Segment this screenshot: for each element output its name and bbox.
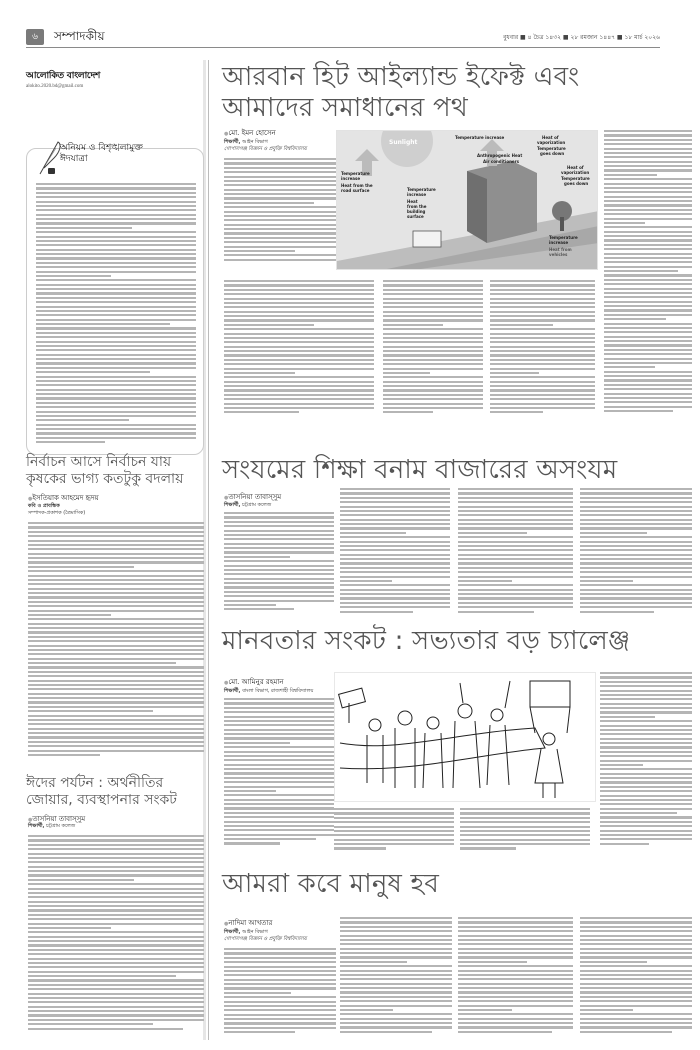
- text-line: [224, 733, 334, 735]
- text-line: [458, 497, 573, 499]
- text-line: [580, 554, 692, 556]
- text-line: [383, 280, 483, 282]
- main-article-4-col2: [340, 917, 452, 1037]
- text-line: [224, 759, 334, 761]
- text-line: [28, 993, 204, 995]
- text-line: [334, 826, 454, 828]
- text-line: [28, 596, 204, 598]
- text-line: [604, 183, 692, 185]
- text-line: [224, 812, 334, 814]
- urban-heat-diagram: Sunlight Temperature increase Temperatur…: [337, 131, 598, 270]
- text-line: [490, 280, 595, 282]
- text-line: [604, 204, 692, 206]
- text-line: [604, 349, 692, 351]
- text-line: [340, 549, 450, 551]
- text-line: [604, 134, 692, 136]
- text-line: [28, 844, 204, 846]
- text-line: [458, 1022, 573, 1024]
- text-line: [28, 623, 204, 625]
- text-line: [580, 545, 692, 547]
- text-line: [28, 931, 204, 933]
- text-line: [28, 675, 204, 677]
- text-line: [458, 536, 573, 538]
- text-line: [580, 974, 692, 976]
- text-line: [28, 715, 204, 717]
- text-line: [383, 403, 483, 405]
- text-line: [224, 591, 334, 593]
- text-line: [36, 415, 196, 417]
- text-line: [604, 336, 692, 338]
- text-line: [224, 983, 336, 985]
- text-line: [224, 604, 276, 606]
- text-line: [28, 1014, 204, 1016]
- text-line: [383, 315, 483, 317]
- text-line: [340, 523, 450, 525]
- text-line: [383, 293, 483, 295]
- text-line: [340, 558, 450, 560]
- text-line: [28, 610, 204, 612]
- text-line: [604, 209, 692, 211]
- text-line: [224, 794, 334, 796]
- text-line: [458, 584, 573, 586]
- text-line: [340, 991, 452, 993]
- text-line: [340, 1009, 393, 1011]
- text-line: [28, 741, 204, 743]
- text-line: [340, 562, 450, 564]
- text-line: [490, 376, 595, 378]
- text-line: [604, 218, 692, 220]
- text-line: [28, 526, 204, 528]
- text-line: [490, 311, 595, 313]
- text-line: [600, 720, 692, 722]
- text-line: [224, 512, 334, 514]
- text-line: [580, 514, 692, 516]
- text-line: [224, 289, 374, 291]
- column-divider: [208, 60, 209, 1040]
- text-line: [490, 363, 595, 365]
- text-line: [36, 314, 196, 316]
- text-line: [224, 385, 374, 387]
- text-line: [224, 394, 374, 396]
- main-article-3-col3: [460, 808, 590, 853]
- text-line: [600, 790, 692, 792]
- left-article-2-headline[interactable]: ঈদের পর্যটন : অর্থনীতির জোয়ার, ব্যবস্থা…: [26, 775, 206, 809]
- text-line: [340, 584, 450, 586]
- text-line: [458, 1026, 573, 1028]
- text-line: [604, 283, 692, 285]
- text-line: [580, 1013, 692, 1015]
- text-line: [224, 398, 374, 400]
- text-line: [28, 649, 204, 651]
- text-line: [604, 353, 692, 355]
- text-line: [334, 821, 454, 823]
- text-line: [604, 401, 692, 403]
- text-line: [340, 571, 450, 573]
- text-line: [340, 1018, 452, 1020]
- text-line: [383, 411, 433, 413]
- text-line: [383, 341, 483, 343]
- text-line: [36, 297, 196, 299]
- text-line: [340, 541, 450, 543]
- text-line: [600, 746, 692, 748]
- text-line: [224, 702, 334, 704]
- text-line: [490, 315, 595, 317]
- text-line: [383, 381, 483, 383]
- main-article-2-col3: [458, 488, 573, 618]
- text-line: [36, 354, 196, 356]
- svg-text:Anthropogenic Heat: Anthropogenic Heat: [477, 153, 522, 158]
- text-line: [600, 838, 692, 840]
- text-line: [490, 403, 595, 405]
- text-line: [36, 196, 196, 198]
- text-line: [460, 817, 590, 819]
- text-line: [28, 693, 204, 695]
- text-line: [580, 536, 692, 538]
- main-article-4-headline[interactable]: আমরা কবে মানুষ হব: [222, 869, 692, 900]
- text-line: [36, 406, 196, 408]
- text-line: [600, 738, 692, 740]
- author-affiliation: গোপালগঞ্জ বিজ্ঞান ও প্রযুক্তি বিশ্ববিদ্য…: [224, 146, 307, 153]
- text-line: [334, 808, 454, 810]
- text-line: [36, 397, 196, 399]
- text-line: [600, 681, 692, 683]
- text-line: [460, 847, 516, 849]
- text-line: [224, 389, 374, 391]
- main-article-2-headline[interactable]: সংযমের শিক্ষা বনাম বাজারের অসংযম: [222, 455, 692, 486]
- text-line: [224, 790, 276, 792]
- text-line: [36, 345, 196, 347]
- main-article-1-headline[interactable]: আরবান হিট আইল্যান্ড ইফেক্ট এবং আমাদের সম…: [222, 62, 692, 124]
- text-line: [224, 764, 334, 766]
- text-line: [340, 527, 450, 529]
- text-line: [224, 952, 336, 954]
- text-line: [36, 389, 196, 391]
- main-article-1-col4: [604, 130, 692, 420]
- text-line: [604, 327, 692, 329]
- text-line: [580, 991, 692, 993]
- text-line: [580, 606, 692, 608]
- text-line: [28, 658, 204, 660]
- text-line: [458, 926, 573, 928]
- text-line: [224, 250, 295, 252]
- main-article-3-headline[interactable]: মানবতার সংকট : সভ্যতার বড় চ্যালেঞ্জ: [222, 626, 692, 657]
- text-line: [604, 174, 657, 176]
- text-line: [458, 1013, 573, 1015]
- text-line: [28, 557, 204, 559]
- text-line: [224, 341, 374, 343]
- text-line: [224, 724, 334, 726]
- text-line: [224, 1022, 336, 1024]
- text-line: [224, 534, 334, 536]
- text-line: [458, 549, 573, 551]
- main-article-4-col3: [458, 917, 573, 1037]
- text-line: [458, 558, 573, 560]
- text-line: [224, 565, 334, 567]
- text-line: [604, 200, 692, 202]
- text-line: [383, 306, 483, 308]
- text-line: [28, 839, 204, 841]
- protesters-banner-drawing: [335, 673, 596, 802]
- text-line: [490, 337, 595, 339]
- text-line: [600, 685, 692, 687]
- text-line: [600, 795, 692, 797]
- text-line: [340, 488, 450, 490]
- text-line: [580, 965, 692, 967]
- text-line: [604, 366, 655, 368]
- text-line: [600, 834, 692, 836]
- text-line: [600, 755, 692, 757]
- text-line: [383, 328, 483, 330]
- text-line: [580, 943, 692, 945]
- author-role: কবি ও প্রাবন্ধিক: [28, 503, 60, 510]
- text-line: [458, 519, 573, 521]
- text-line: [490, 350, 595, 352]
- text-line: [340, 1026, 452, 1028]
- text-line: [36, 262, 196, 264]
- text-line: [604, 165, 692, 167]
- text-line: [604, 410, 673, 412]
- text-line: [224, 781, 334, 783]
- text-line: [580, 580, 633, 582]
- text-line: [224, 403, 374, 405]
- text-line: [580, 488, 692, 490]
- main-article-1-col3: [490, 280, 595, 420]
- text-line: [224, 573, 334, 575]
- text-line: [604, 266, 692, 268]
- text-line: [604, 292, 692, 294]
- newspaper-logo: আলোকিত বাংলাদেশ: [26, 68, 100, 83]
- editorial-title-line1: অনিয়ম ও বিশৃঙ্খলামুক্ত: [60, 143, 143, 154]
- text-line: [28, 640, 204, 642]
- text-line: [580, 926, 692, 928]
- text-line: [36, 319, 196, 321]
- text-line: [604, 191, 692, 193]
- text-line: [224, 547, 334, 549]
- text-line: [28, 627, 204, 629]
- main-article-2-col1: [224, 512, 334, 617]
- text-line: [580, 510, 692, 512]
- text-line: [580, 492, 692, 494]
- text-line: [458, 987, 573, 989]
- text-line: [604, 253, 692, 255]
- affiliation-text: বাংলা বিভাগ, রাজশাহী বিশ্ববিদ্যালয়: [242, 688, 313, 694]
- text-line: [604, 344, 692, 346]
- text-line: [340, 567, 450, 569]
- text-line: [334, 847, 386, 849]
- text-line: [458, 576, 573, 578]
- text-line: [340, 510, 450, 512]
- text-line: [224, 1005, 336, 1007]
- text-line: [224, 407, 374, 409]
- text-line: [600, 803, 692, 805]
- text-line: [36, 244, 196, 246]
- text-line: [224, 582, 334, 584]
- text-line: [604, 196, 692, 198]
- author-role: শিক্ষার্থী, চট্টগ্রাম কলেজ: [224, 502, 271, 509]
- text-line: [458, 991, 573, 993]
- text-line: [580, 576, 692, 578]
- text-line: [340, 497, 450, 499]
- text-line: [340, 983, 452, 985]
- text-line: [28, 636, 204, 638]
- text-line: [224, 324, 314, 326]
- svg-text:increase: increase: [407, 192, 426, 197]
- text-line: [490, 354, 595, 356]
- role-text: শিক্ষার্থী,: [224, 139, 240, 145]
- main-article-2-col4: [580, 488, 692, 618]
- text-line: [604, 222, 645, 224]
- text-line: [600, 760, 692, 762]
- role-text: শিক্ষার্থী,: [224, 688, 240, 694]
- text-line: [28, 866, 204, 868]
- text-line: [224, 530, 334, 532]
- text-line: [604, 379, 692, 381]
- text-line: [28, 879, 134, 881]
- text-line: [490, 328, 595, 330]
- text-line: [224, 974, 336, 976]
- text-line: [460, 812, 590, 814]
- text-line: [604, 296, 692, 298]
- text-line: [224, 560, 334, 562]
- text-line: [224, 838, 316, 840]
- editorial-title: অনিয়ম ও বিশৃঙ্খলামুক্ত ঈদযাত্রা: [60, 143, 143, 165]
- text-line: [458, 974, 573, 976]
- text-line: [383, 394, 483, 396]
- text-line: [28, 653, 204, 655]
- headline-line: আরবান হিট আইল্যান্ড ইফেক্ট এবং: [222, 62, 692, 93]
- text-line: [36, 428, 196, 430]
- text-line: [580, 956, 692, 958]
- text-line: [28, 984, 204, 986]
- text-line: [340, 948, 452, 950]
- text-line: [224, 957, 336, 959]
- text-line: [383, 346, 483, 348]
- text-line: [224, 720, 334, 722]
- text-line: [604, 248, 692, 250]
- text-line: [383, 398, 483, 400]
- text-line: [604, 323, 692, 325]
- text-line: [28, 666, 204, 668]
- text-line: [36, 336, 196, 338]
- role-text: কবি ও প্রাবন্ধিক: [28, 503, 60, 509]
- text-line: [28, 671, 204, 673]
- text-line: [580, 527, 692, 529]
- text-line: [458, 917, 573, 919]
- text-line: [600, 742, 692, 744]
- text-line: [36, 341, 196, 343]
- text-line: [458, 514, 573, 516]
- text-line: [224, 966, 336, 968]
- text-line: [28, 750, 204, 752]
- text-line: [600, 725, 692, 727]
- text-line: [600, 711, 692, 713]
- text-line: [36, 271, 196, 273]
- text-line: [604, 388, 692, 390]
- text-line: [383, 368, 483, 370]
- text-line: [490, 394, 595, 396]
- text-line: [28, 710, 153, 712]
- text-line: [490, 389, 595, 391]
- text-line: [600, 808, 692, 810]
- text-line: [460, 839, 590, 841]
- text-line: [490, 289, 595, 291]
- text-line: [580, 1031, 672, 1033]
- left-article-1-headline[interactable]: নির্বাচন আসে নির্বাচন যায় কৃষকের ভাগ্য …: [26, 454, 206, 488]
- text-line: [340, 1022, 452, 1024]
- text-line: [340, 611, 413, 613]
- text-line: [28, 909, 204, 911]
- text-line: [224, 298, 374, 300]
- page-header: ৬ সম্পাদকীয় বুধবার ■ ৪ চৈত্র ১৪৩২ ■ ২৮ …: [26, 28, 660, 48]
- text-line: [580, 1000, 692, 1002]
- headline-line: ঈদের পর্যটন : অর্থনীতির: [26, 775, 206, 792]
- text-line: [36, 257, 196, 259]
- text-line: [224, 768, 334, 770]
- text-line: [600, 786, 692, 788]
- text-line: [28, 680, 204, 682]
- text-line: [36, 275, 111, 277]
- editorial-title-line2: ঈদযাত্রা: [60, 154, 143, 165]
- text-line: [580, 978, 692, 980]
- text-line: [604, 178, 692, 180]
- text-line: [383, 284, 483, 286]
- text-line: [224, 337, 374, 339]
- text-line: [36, 411, 196, 413]
- text-line: [28, 883, 204, 885]
- svg-text:road surface: road surface: [341, 188, 370, 193]
- text-line: [604, 270, 678, 272]
- text-line: [36, 214, 196, 216]
- text-line: [340, 939, 452, 941]
- contact-email[interactable]: alokito.2020.bd@gmail.com: [26, 84, 83, 89]
- text-line: [28, 962, 204, 964]
- text-line: [28, 914, 204, 916]
- svg-text:vaporization: vaporization: [537, 140, 565, 145]
- main-article-1-col2: [383, 280, 483, 420]
- text-line: [340, 921, 452, 923]
- text-line: [600, 703, 692, 705]
- author-role: শিক্ষার্থী, চট্টগ্রাম কলেজ: [28, 823, 75, 830]
- text-line: [224, 328, 374, 330]
- text-line: [340, 965, 452, 967]
- text-line: [458, 978, 573, 980]
- text-line: [36, 393, 196, 395]
- text-line: [36, 432, 196, 434]
- text-line: [36, 253, 196, 255]
- main-article-3-col2: [334, 808, 454, 853]
- text-line: [383, 333, 483, 335]
- text-line: [224, 551, 334, 553]
- text-line: [340, 597, 450, 599]
- text-line: [28, 923, 204, 925]
- text-line: [580, 523, 692, 525]
- text-line: [458, 501, 573, 503]
- text-line: [28, 583, 204, 585]
- text-line: [604, 143, 692, 145]
- text-line: [340, 514, 450, 516]
- text-line: [224, 521, 334, 523]
- text-line: [36, 292, 196, 294]
- text-line: [340, 961, 407, 963]
- text-line: [28, 540, 204, 542]
- page-number-badge: ৬: [26, 29, 44, 45]
- text-line: [458, 1031, 552, 1033]
- text-line: [340, 602, 450, 604]
- text-line: [224, 799, 334, 801]
- text-line: [28, 601, 204, 603]
- text-line: [600, 764, 643, 766]
- text-line: [224, 569, 334, 571]
